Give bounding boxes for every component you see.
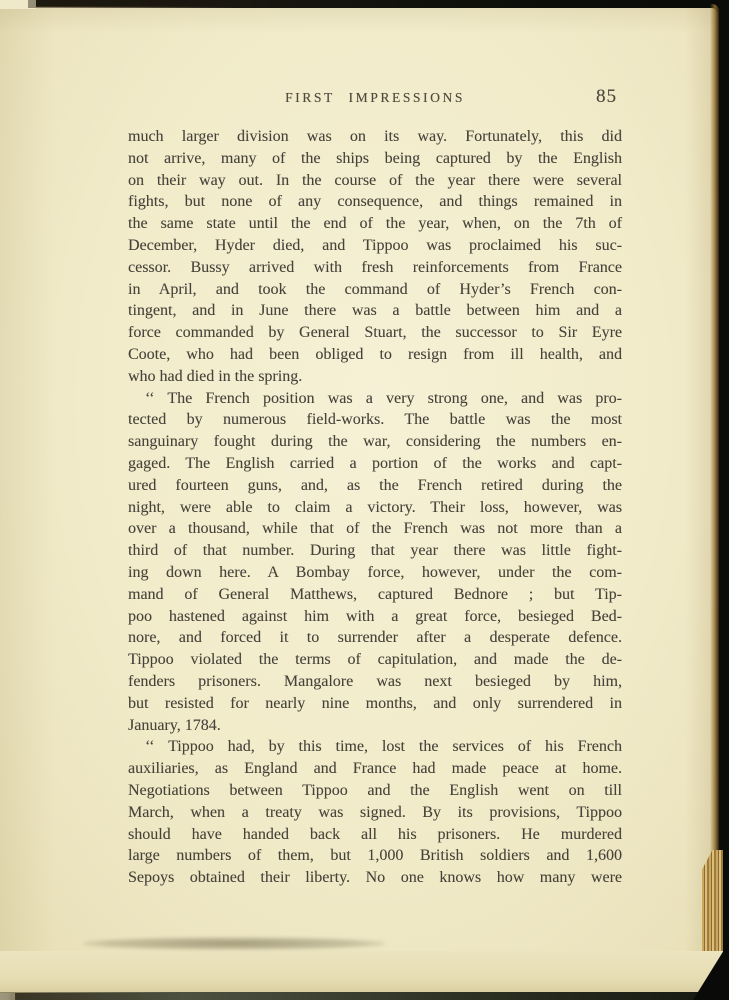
- page-number: 85: [596, 86, 617, 108]
- page-body: much larger division was on its way. For…: [128, 126, 622, 889]
- book-scan: FIRST IMPRESSIONS 85 much larger divisio…: [0, 0, 729, 1000]
- text-line: Coote, who had been obliged to resign fr…: [128, 344, 622, 366]
- top-shadow-edge: [28, 0, 729, 8]
- text-line: March, when a treaty was signed. By its …: [128, 802, 622, 824]
- text-line: the same state until the end of the year…: [128, 213, 622, 235]
- text-line: poo hastened against him with a great fo…: [128, 606, 622, 628]
- bottom-shadow-edge: [0, 992, 729, 1000]
- header-title: FIRST IMPRESSIONS: [128, 90, 622, 106]
- text-line: large numbers of them, but 1,000 British…: [128, 845, 622, 867]
- text-line: fights, but none of any consequence, and…: [128, 191, 622, 213]
- text-line: fenders prisoners. Mangalore was next be…: [128, 671, 622, 693]
- text-line: nore, and forced it to surrender after a…: [128, 627, 622, 649]
- text-line: ‘‘ Tippoo had, by this time, lost the se…: [128, 736, 622, 758]
- text-line: not arrive, many of the ships being capt…: [128, 148, 622, 170]
- running-header: FIRST IMPRESSIONS 85: [128, 86, 622, 110]
- text-line: night, were able to claim a victory. The…: [128, 497, 622, 519]
- text-line: who had died in the spring.: [128, 366, 622, 388]
- text-line: January, 1784.: [128, 715, 622, 737]
- text-line: December, Hyder died, and Tippoo was pro…: [128, 235, 622, 257]
- text-line: ing down here. A Bombay force, however, …: [128, 562, 622, 584]
- text-line: Sepoys obtained their liberty. No one kn…: [128, 867, 622, 889]
- page-crease-shadow: [84, 937, 384, 950]
- under-page-edge: [0, 951, 723, 993]
- text-line: mand of General Matthews, captured Bedno…: [128, 584, 622, 606]
- text-line: ‘‘ The French position was a very strong…: [128, 388, 622, 410]
- text-line: sanguinary fought during the war, consid…: [128, 431, 622, 453]
- text-line: tected by numerous field-works. The batt…: [128, 409, 622, 431]
- text-line: Negotiations between Tippoo and the Engl…: [128, 780, 622, 802]
- text-line: should have handed back all his prisoner…: [128, 824, 622, 846]
- text-line: much larger division was on its way. For…: [128, 126, 622, 148]
- paragraph: ‘‘ Tippoo had, by this time, lost the se…: [128, 736, 622, 889]
- text-line: but resisted for nearly nine months, and…: [128, 693, 622, 715]
- text-line: tingent, and in June there was a battle …: [128, 300, 622, 322]
- text-line: auxiliaries, as England and France had m…: [128, 758, 622, 780]
- text-line: third of that number. During that year t…: [128, 540, 622, 562]
- paragraph: much larger division was on its way. For…: [128, 126, 622, 388]
- paragraph: ‘‘ The French position was a very strong…: [128, 388, 622, 737]
- text-line: cessor. Bussy arrived with fresh reinfor…: [128, 257, 622, 279]
- right-page-edge-line: [710, 4, 719, 870]
- text-line: ured fourteen guns, and, as the French r…: [128, 475, 622, 497]
- text-line: in April, and took the command of Hyder’…: [128, 279, 622, 301]
- text-line: gaged. The English carried a portion of …: [128, 453, 622, 475]
- text-line: on their way out. In the course of the y…: [128, 170, 622, 192]
- text-line: over a thousand, while that of the Frenc…: [128, 518, 622, 540]
- text-line: Tippoo violated the terms of capitulatio…: [128, 649, 622, 671]
- text-line: force commanded by General Stuart, the s…: [128, 322, 622, 344]
